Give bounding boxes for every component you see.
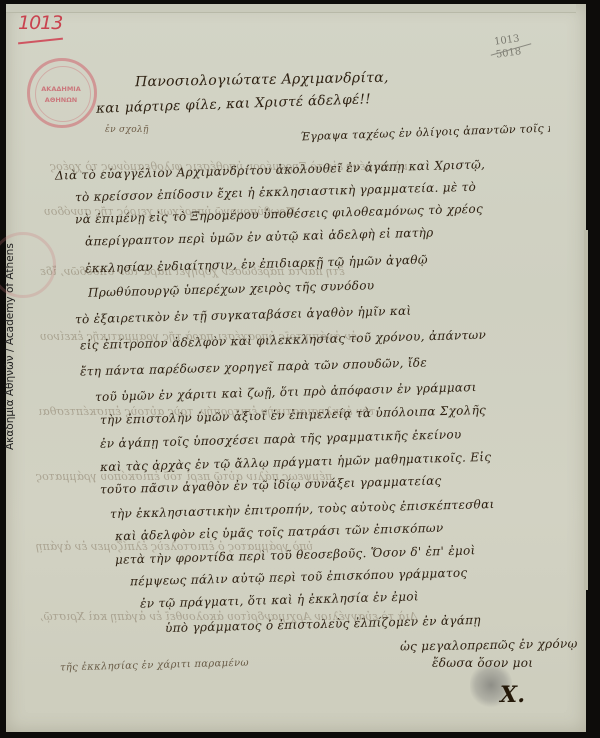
- stamp-line-1: ΑΚΑΔΗΜΙΑ: [36, 85, 86, 93]
- academy-stamp: ΑΚΑΔΗΜΙΑ ΑΘΗΝΩΝ: [27, 58, 97, 128]
- archive-number: 1013: [18, 12, 62, 34]
- closing-line: ἔδωσα ὅσον μοι: [432, 656, 533, 670]
- stamp-line-2: ΑΘΗΝΩΝ: [36, 96, 86, 104]
- margin-note: ἐν σχολῇ: [105, 125, 149, 135]
- signature: Χ.: [500, 682, 525, 708]
- paper-edge: [584, 230, 588, 590]
- paper-fold: [6, 4, 576, 13]
- stamp-inner-ring: [35, 66, 91, 122]
